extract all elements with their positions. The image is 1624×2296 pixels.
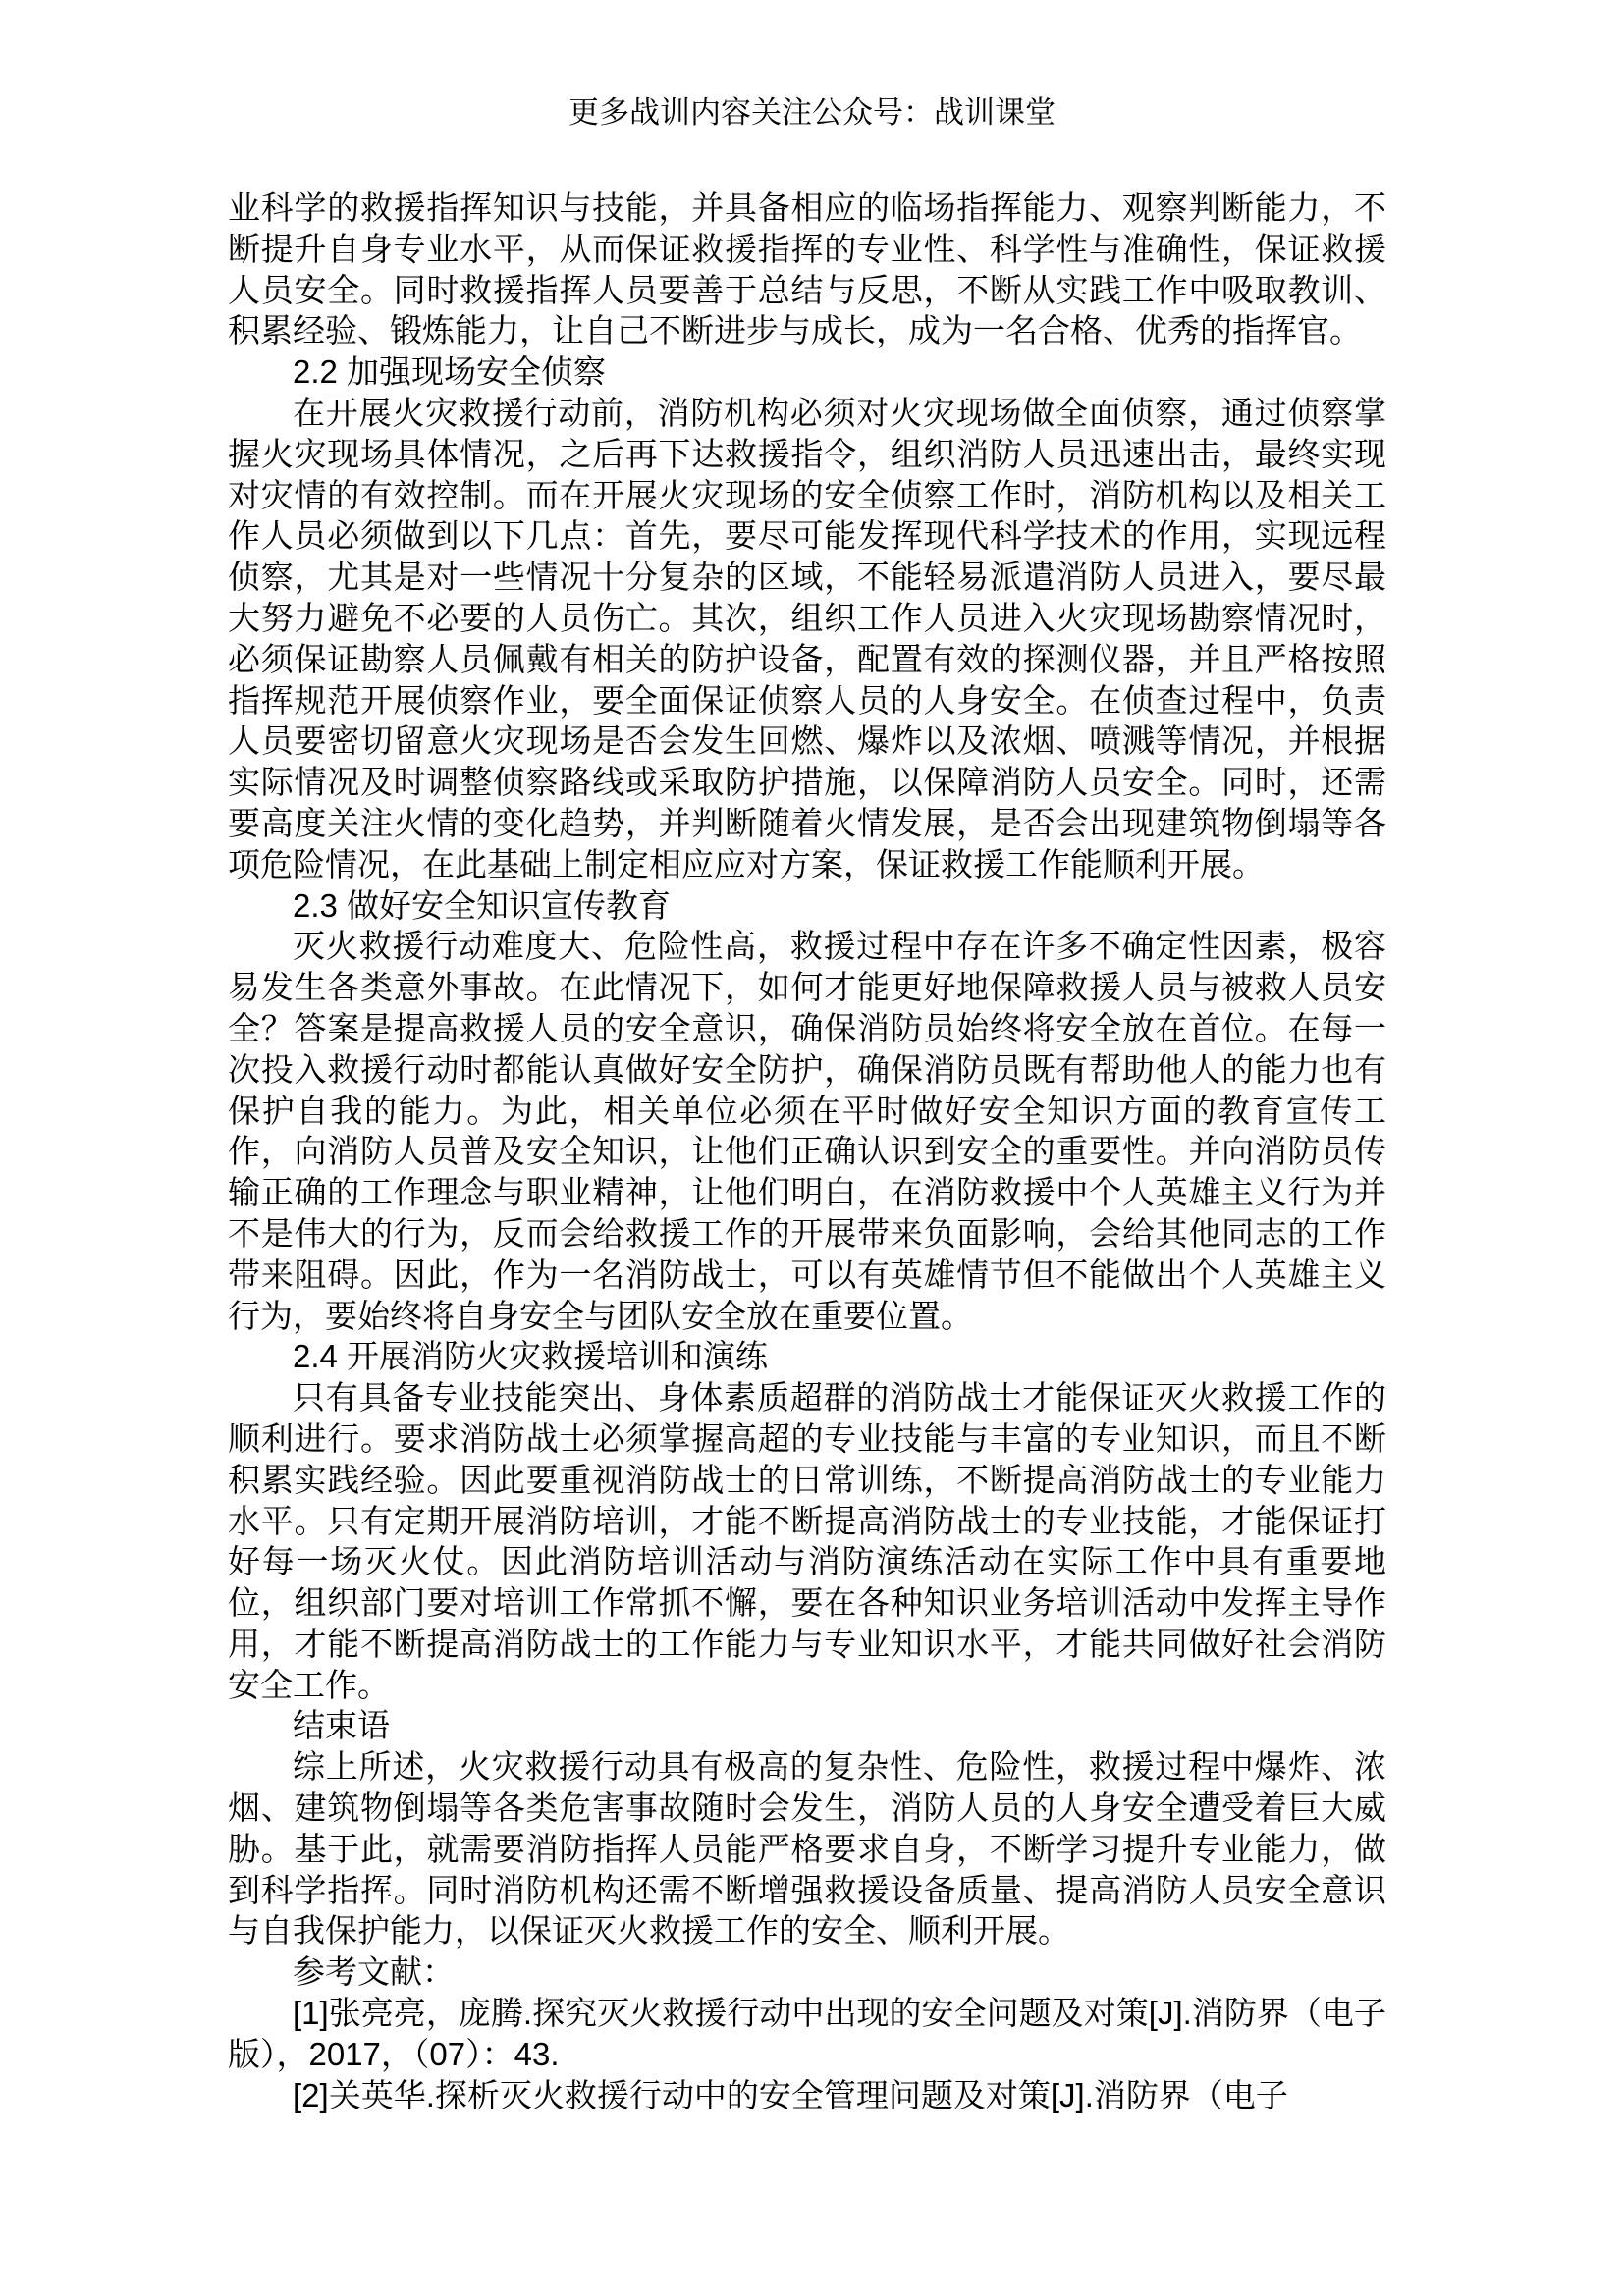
- document-page: 更多战训内容关注公众号：战训课堂 业科学的救援指挥知识与技能，并具备相应的临场指…: [0, 0, 1624, 2296]
- section-heading-2-3: 2.3 做好安全知识宣传教育: [228, 885, 1386, 927]
- conclusion-heading: 结束语: [228, 1705, 1386, 1746]
- section-heading-2-2: 2.2 加强现场安全侦察: [228, 351, 1386, 393]
- section-paragraph-2-3: 灭火救援行动难度大、危险性高，救援过程中存在许多不确定性因素，极容易发生各类意外…: [228, 926, 1386, 1336]
- references-heading: 参考文献：: [228, 1951, 1386, 1993]
- section-paragraph-2-4: 只有具备专业技能突出、身体素质超群的消防战士才能保证灭火救援工作的顺利进行。要求…: [228, 1377, 1386, 1705]
- article-body: 业科学的救援指挥知识与技能，并具备相应的临场指挥能力、观察判断能力，不断提升自身…: [228, 187, 1386, 2115]
- section-paragraph-2-2: 在开展火灾救援行动前，消防机构必须对火灾现场做全面侦察，通过侦察掌握火灾现场具体…: [228, 393, 1386, 885]
- reference-item-1: [1]张亮亮，庞腾.探究灭火救援行动中出现的安全问题及对策[J].消防界（电子版…: [228, 1993, 1386, 2075]
- conclusion-paragraph: 综上所述，火灾救援行动具有极高的复杂性、危险性，救援过程中爆炸、浓烟、建筑物倒塌…: [228, 1746, 1386, 1951]
- header-notice: 更多战训内容关注公众号：战训课堂: [0, 95, 1624, 131]
- section-heading-2-4: 2.4 开展消防火灾救援培训和演练: [228, 1336, 1386, 1377]
- paragraph-continuation: 业科学的救援指挥知识与技能，并具备相应的临场指挥能力、观察判断能力，不断提升自身…: [228, 187, 1386, 351]
- reference-item-2: [2]关英华.探析灭火救援行动中的安全管理问题及对策[J].消防界（电子: [228, 2075, 1386, 2116]
